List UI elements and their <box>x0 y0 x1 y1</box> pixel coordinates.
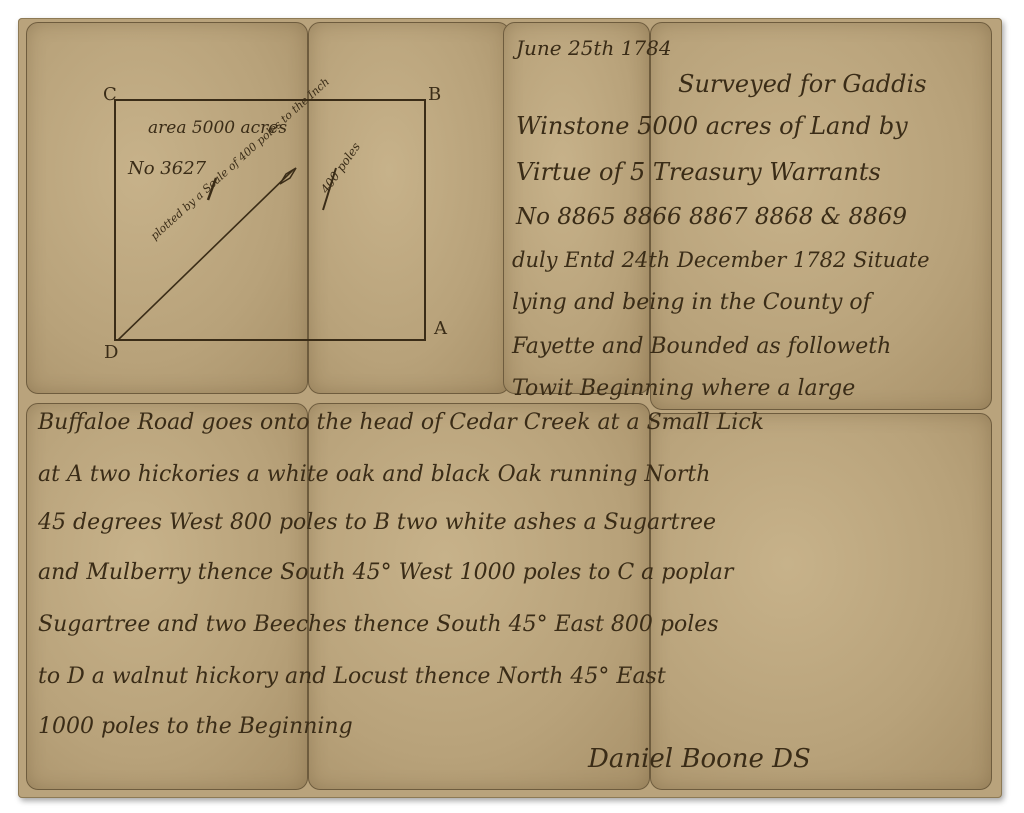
text-line: lying and being in the County of <box>512 290 871 315</box>
text-line: to D a walnut hickory and Locust thence … <box>38 664 666 689</box>
text-line: Sugartree and two Beeches thence South 4… <box>38 612 719 637</box>
text-line: at A two hickories a white oak and black… <box>38 462 710 487</box>
text-line: Towit Beginning where a large <box>512 376 855 401</box>
text-line: Surveyed for Gaddis <box>678 70 927 98</box>
text-line: Fayette and Bounded as followeth <box>512 334 891 359</box>
corner-b-label: B <box>428 84 441 105</box>
text-line: duly Entd 24th December 1782 Situate <box>512 248 930 272</box>
text-line: Winstone 5000 acres of Land by <box>516 112 908 140</box>
text-line: and Mulberry thence South 45° West 1000 … <box>38 560 733 585</box>
text-line: 45 degrees West 800 poles to B two white… <box>38 510 716 535</box>
survey-document: C B A D area 5000 acres No 3627 plotted … <box>18 18 1002 798</box>
text-line: No 8865 8866 8867 8868 & 8869 <box>516 204 907 230</box>
corner-a-label: A <box>434 318 447 339</box>
text-line: 1000 poles to the Beginning <box>38 714 353 739</box>
plat-number: No 3627 <box>128 158 206 179</box>
corner-c-label: C <box>103 84 117 105</box>
corner-d-label: D <box>104 342 118 363</box>
survey-date: June 25th 1784 <box>516 36 672 60</box>
text-line: Buffaloe Road goes onto the head of Ceda… <box>38 410 764 435</box>
text-line: Virtue of 5 Treasury Warrants <box>516 158 881 186</box>
signature: Daniel Boone DS <box>588 744 811 774</box>
